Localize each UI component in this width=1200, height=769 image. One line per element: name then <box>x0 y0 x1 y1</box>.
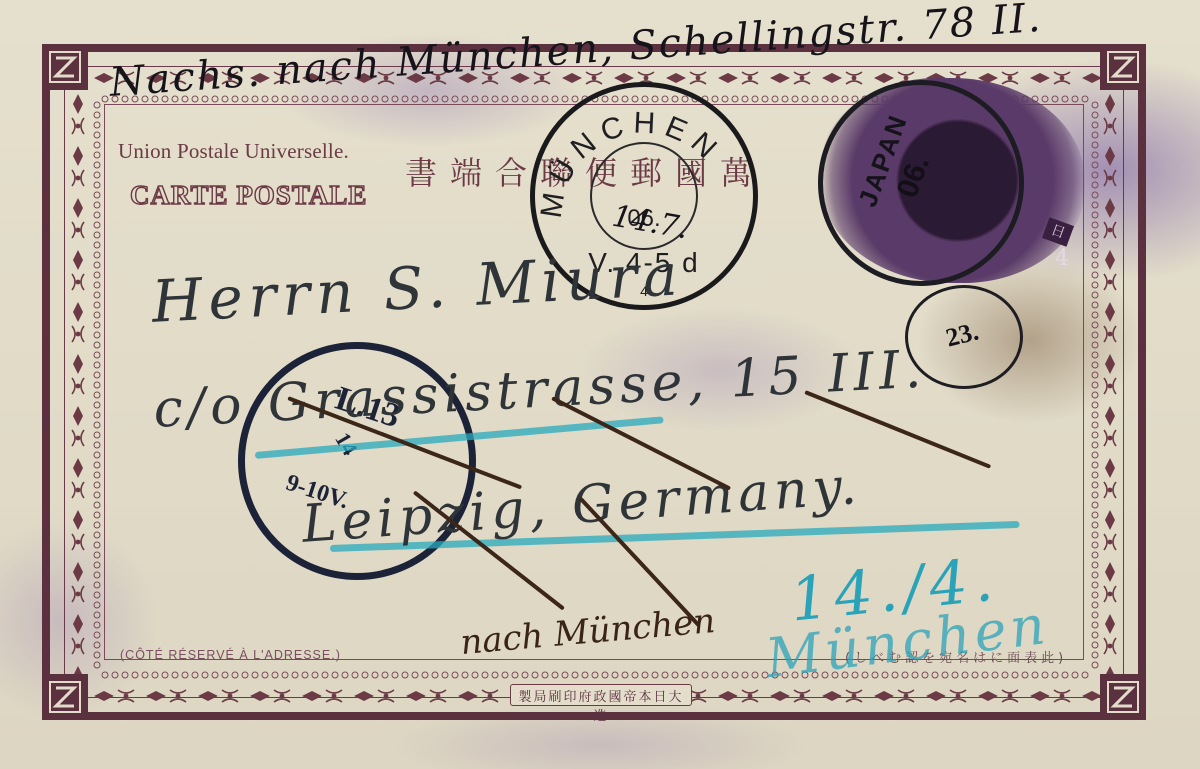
postcard: Union Postale Universelle. CARTE POSTALE… <box>0 0 1200 769</box>
upu-heading: Union Postale Universelle. <box>118 139 349 164</box>
right-loop-border <box>1090 100 1100 670</box>
address-side-note: (CÔTÉ RÉSERVÉ À L'ADRESSE.) <box>120 648 341 662</box>
left-ornament-band <box>66 90 90 680</box>
postmark-transit-number: 23. <box>943 317 982 354</box>
postmark-japan: JAPAN 06. <box>818 80 1024 286</box>
corner-ornament-top-left <box>42 44 88 90</box>
left-loop-border <box>92 100 102 670</box>
right-ornament-band <box>1098 90 1122 680</box>
corner-ornament-bottom-right <box>1100 674 1146 720</box>
corner-ornament-bottom-left <box>42 674 88 720</box>
printer-imprint: 大日本帝國政府印刷局製造 <box>516 686 686 724</box>
stamp-value: 4 <box>1048 246 1076 280</box>
bottom-loop-border <box>100 668 1090 678</box>
corner-ornament-top-right <box>1100 44 1146 90</box>
carte-postale-title: CARTE POSTALE <box>130 180 367 211</box>
